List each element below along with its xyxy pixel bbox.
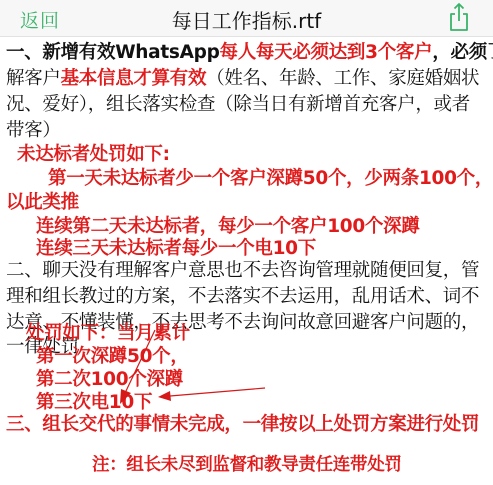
note: 注：组长未尽到监督和教导责任连带处罚	[92, 452, 402, 478]
section1-line4: 带客）	[6, 118, 61, 144]
section3: 三、组长交代的事情未完成，一律按以上处罚方案进行处罚	[6, 412, 479, 438]
penalty1-day1: 第一天未达标者少一个客户深蹲50个，少两条100个，	[48, 166, 493, 192]
section2-line2: 理和组长教过的方案，不去落实不去运用，乱用话术、词不	[6, 284, 479, 310]
share-button[interactable]	[448, 2, 470, 32]
share-icon	[448, 2, 470, 32]
section2-line1: 二、聊天没有理解客户意思也不去咨询管理就随便回复，管	[6, 258, 479, 284]
section1-line3: 况、爱好），组长落实检查（除当日有新增首充客户，或者	[6, 92, 470, 118]
penalty1-day1-cont: 以此类推	[6, 190, 79, 216]
navigation-bar: 返回 每日工作指标.rtf	[0, 0, 493, 37]
highlight-valid-info: 基本信息才算有效	[61, 68, 207, 89]
document-title: 每日工作指标.rtf	[0, 5, 493, 34]
penalty1-heading: 未达标者处罚如下:	[17, 142, 170, 168]
section1-line1: 一、新增有效WhatsApp每人每天必须达到3个客户，必须了	[6, 40, 493, 66]
highlight-requirement: 每人每天必须达到3个客户	[220, 42, 433, 63]
section1-line2: 解客户基本信息才算有效（姓名、年龄、工作、家庭婚姻状	[6, 66, 479, 92]
